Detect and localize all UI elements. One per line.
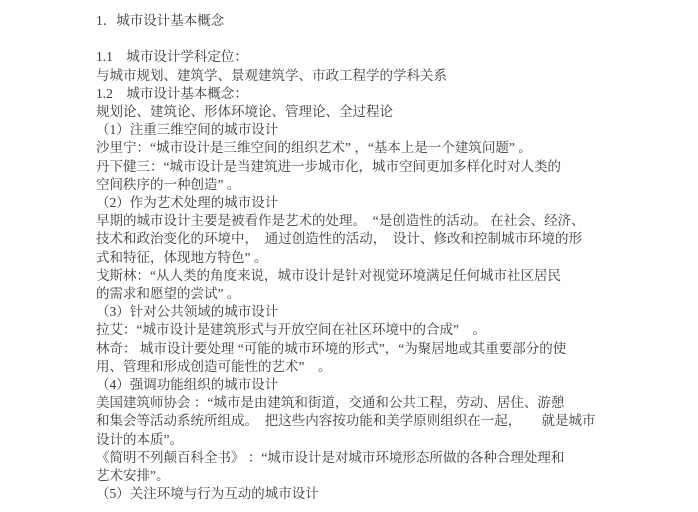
text-line: 美国建筑师协会 ：“城市是由建筑和街道，交通和公共工程，劳动、居住、游憩 xyxy=(96,394,676,412)
text-line: 技术和政治变化的环境中， 通过创造性的活动， 设计、修改和控制城市环境的形 xyxy=(96,230,676,248)
text-line: （2）作为艺术处理的城市设计 xyxy=(96,194,676,212)
text-line: 丹下健三：“城市设计是当建筑进一步城市化，城市空间更加多样化时对人类的 xyxy=(96,158,676,176)
document-page: 1．城市设计基本概念 1.1 城市设计学科定位： 与城市规划、建筑学、景观建筑学… xyxy=(96,12,676,503)
text-line: 1.1 城市设计学科定位： xyxy=(96,48,676,66)
text-line: 艺术安排”。 xyxy=(96,467,676,485)
text-line: 《简明不列颠百科全书》 ：“城市设计是对城市环境形态所做的各种合理处理和 xyxy=(96,449,676,467)
text-line: 规划论、建筑论、形体环境论、管理论、全过程论 xyxy=(96,103,676,121)
text-line: 空间秩序的一种创造” 。 xyxy=(96,176,676,194)
text-line: （4）强调功能组织的城市设计 xyxy=(96,376,676,394)
text-line: 式和特征，体现地方特色” 。 xyxy=(96,249,676,267)
text-line: （1）注重三维空间的城市设计 xyxy=(96,121,676,139)
text-line: 戈斯林：“从人类的角度来说，城市设计是针对视觉环境满足任何城市社区居民 xyxy=(96,267,676,285)
text-line: 1.2 城市设计基本概念： xyxy=(96,85,676,103)
text-line: 早期的城市设计主要是被看作是艺术的处理。 “是创造性的活动。 在社会、经济、 xyxy=(96,212,676,230)
document-title: 1．城市设计基本概念 xyxy=(96,12,676,30)
text-line: 与城市规划、建筑学、景观建筑学、市政工程学的学科关系 xyxy=(96,67,676,85)
text-line: 的需求和愿望的尝试” 。 xyxy=(96,285,676,303)
text-line: 设计的本质”。 xyxy=(96,431,676,449)
text-line: （5）关注环境与行为互动的城市设计 xyxy=(96,485,676,503)
text-line: （3）针对公共领域的城市设计 xyxy=(96,303,676,321)
text-line: 用、管理和形成创造可能性的艺术” 。 xyxy=(96,358,676,376)
blank-line xyxy=(96,30,676,48)
text-line: 沙里宁：“城市设计是三维空间的组织艺术” ，“基本上是一个建筑问题” 。 xyxy=(96,139,676,157)
text-line: 拉艾：“城市设计是建筑形式与开放空间在社区环境中的合成” 。 xyxy=(96,321,676,339)
text-line: 林奇： 城市设计要处理 “可能的城市环境的形式”，“为聚居地或其重要部分的使 xyxy=(96,340,676,358)
text-line: 和集会等活动系统所组成。 把这些内容按功能和美学原则组织在一起， 就是城市 xyxy=(96,412,676,430)
